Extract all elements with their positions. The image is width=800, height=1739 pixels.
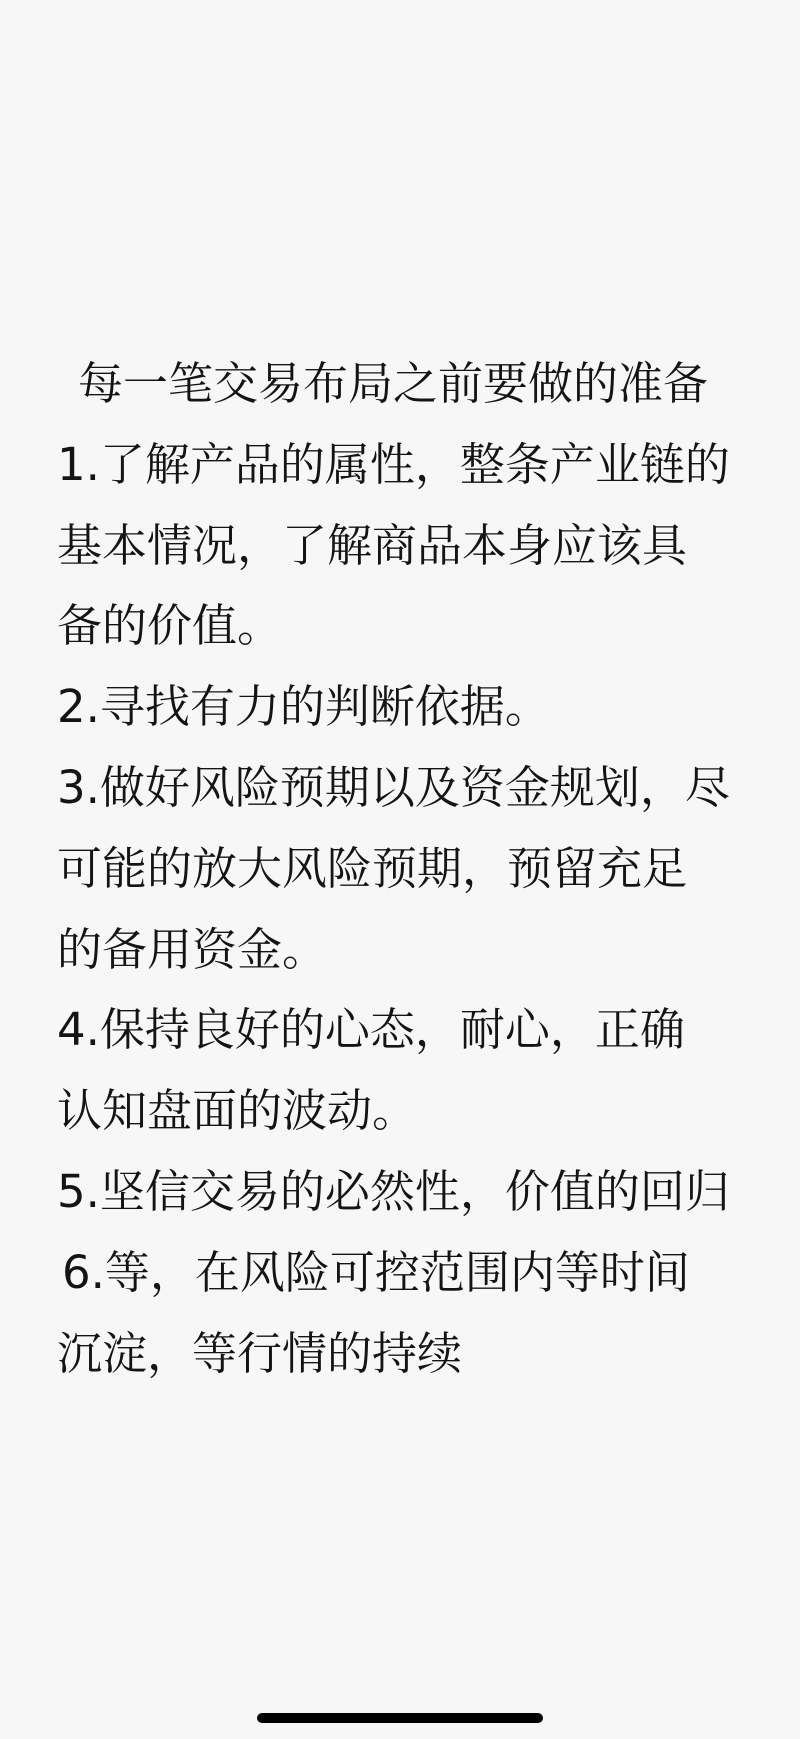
home-indicator[interactable] [257, 1713, 543, 1723]
note-line-4: 2.寻找有力的判断依据。 [57, 667, 757, 748]
note-line-2: 基本情况，了解商品本身应该具 [57, 506, 757, 587]
note-line-6: 可能的放大风险预期，预留充足 [57, 829, 757, 910]
note-line-7: 的备用资金。 [57, 910, 757, 991]
note-line-11: 6.等，在风险可控范围内等时间 [57, 1233, 757, 1314]
note-line-1: 1.了解产品的属性，整条产业链的 [57, 425, 757, 506]
note-line-9: 认知盘面的波动。 [57, 1071, 757, 1152]
note-line-10: 5.坚信交易的必然性，价值的回归 [57, 1152, 757, 1233]
note-line-5: 3.做好风险预期以及资金规划，尽 [57, 748, 757, 829]
note-line-3: 备的价值。 [57, 586, 757, 667]
note-body: 每一笔交易布局之前要做的准备 1.了解产品的属性，整条产业链的 基本情况，了解商… [57, 344, 757, 1394]
note-line-12: 沉淀，等行情的持续 [57, 1314, 757, 1395]
note-line-8: 4.保持良好的心态，耐心，正确 [57, 990, 757, 1071]
note-title: 每一笔交易布局之前要做的准备 [57, 344, 757, 425]
